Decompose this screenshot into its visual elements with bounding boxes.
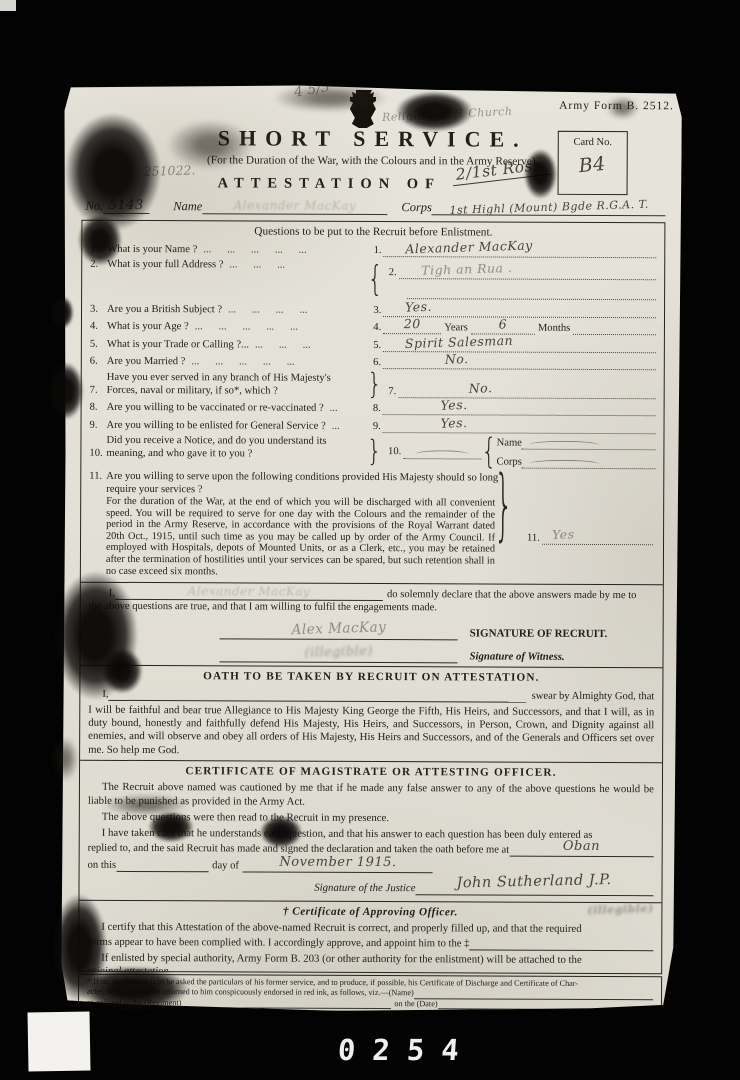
oath-day-line xyxy=(116,857,208,872)
question-3: 3.Are you a British Subject ?... ... ...… xyxy=(90,300,656,317)
document-paper: Army Form B. 2512. 4 5/3 Religion W. F. … xyxy=(60,83,682,1013)
recruit-signature-label: SIGNATURE OF RECRUIT. xyxy=(458,628,655,642)
answer-2: Tigh an Rua . xyxy=(421,261,513,277)
recruit-signature-row: Alex MacKay SIGNATURE OF RECRUIT. xyxy=(89,622,655,641)
answer-line: Yes. xyxy=(383,400,656,416)
answer-5: Spirit Salesman xyxy=(405,333,514,349)
justice-signature: John Sutherland J.P. xyxy=(457,874,612,890)
brace-glyph: } xyxy=(367,444,382,460)
age-years-line: 20 xyxy=(383,319,441,334)
declaration-section: I, Alexander MacKay do solemnly declare … xyxy=(80,583,662,669)
card-number-box: Card No. B4 xyxy=(558,131,628,195)
answer-3: Yes. xyxy=(405,299,432,313)
answer-11: Yes xyxy=(552,527,575,541)
question-5: 5.What is your Trade or Calling ?...... … xyxy=(90,335,656,352)
scanned-page: Army Form B. 2512. 4 5/3 Religion W. F. … xyxy=(0,0,740,1080)
answer-1: Alexander MacKay xyxy=(405,238,533,255)
notice-name-line xyxy=(522,435,656,451)
justice-signature-line: John Sutherland J.P. xyxy=(415,878,653,897)
scan-artifact xyxy=(0,0,16,11)
name-label: Name xyxy=(173,199,202,214)
question-10: 10. Did you receive a Notice, and do you… xyxy=(89,434,655,469)
name-field: Alexander MacKay xyxy=(202,197,387,215)
pen-stroke xyxy=(415,450,469,458)
card-number-value: B4 xyxy=(578,153,607,178)
oath-heading: OATH TO BE TAKEN BY RECRUIT ON ATTESTATI… xyxy=(88,670,654,685)
oath-date-line: November 1915. xyxy=(243,858,433,874)
pen-note: (illegible) xyxy=(587,902,654,917)
notice-corps-line xyxy=(522,454,656,470)
answer-line: Alexander MacKay xyxy=(384,242,657,258)
approving-section: † Certificate of Approving Officer. (ill… xyxy=(79,901,662,975)
oath-body: I will be faithful and bear true Allegia… xyxy=(88,703,654,759)
pen-stroke xyxy=(530,441,600,449)
declaration-name-line: Alexander MacKay xyxy=(115,585,383,601)
scan-frame-counter: 0254 xyxy=(337,1033,477,1067)
question-4: 4.What is your Age ?... ... ... ... ... … xyxy=(90,318,656,335)
approving-heading: † Certificate of Approving Officer. (ill… xyxy=(87,905,653,920)
question-11: 11.Are you willing to serve upon the fol… xyxy=(89,470,655,582)
footnote-box: * If so, the Recruit is to be asked the … xyxy=(78,974,662,1013)
card-number-label: Card No. xyxy=(559,137,627,148)
recruit-signature-line: Alex MacKay xyxy=(220,622,458,640)
question-2: 2.What is your full Address ?... ... ...… xyxy=(90,258,656,300)
corps-appointment-line xyxy=(469,936,653,952)
corps-label: Corps xyxy=(401,200,432,215)
witness-signature-row: (illegible) Signature of Witness. xyxy=(88,645,654,664)
justice-label: Signature of the Justice xyxy=(314,882,415,895)
answer-line: Yes. xyxy=(383,418,656,434)
name-value: Alexander MacKay xyxy=(234,198,357,213)
answer-9: Yes. xyxy=(441,415,468,429)
corps-value: 1st Highl (Mount) Bgde R.G.A. T. xyxy=(449,198,649,217)
pen-stroke xyxy=(530,460,600,468)
brace-glyph: { xyxy=(481,443,496,462)
witness-signature: (illegible) xyxy=(304,645,373,660)
brace-glyph: } xyxy=(367,377,382,393)
no-value: 5143 xyxy=(109,198,144,213)
answer-line: Yes xyxy=(542,530,653,545)
corps-field: 1st Highl (Mount) Bgde R.G.A. T. xyxy=(432,198,666,216)
oath-date: November 1915. xyxy=(279,856,396,870)
answer-7: No. xyxy=(468,381,492,395)
oath-place-line: Oban xyxy=(509,842,654,858)
no-label: No. xyxy=(85,199,103,214)
question-1: 1.What is your Name ?... ... ... ... ...… xyxy=(90,240,656,257)
question-9: 9.Are you willing to be enlisted for Gen… xyxy=(90,416,656,433)
answer-line: No. xyxy=(383,354,656,370)
brace-glyph: } xyxy=(494,489,513,523)
answer-6: No. xyxy=(445,352,469,366)
answer-line: No. xyxy=(398,383,656,399)
witness-signature-line: (illegible) xyxy=(219,645,457,663)
questions-section: Questions to be put to the Recruit befor… xyxy=(81,221,665,586)
oath-place: Oban xyxy=(563,840,600,853)
answer-line: Spirit Salesman xyxy=(383,337,656,353)
form-body: Questions to be put to the Recruit befor… xyxy=(78,220,665,975)
scan-corner-patch xyxy=(27,1011,90,1071)
question-8: 8.Are you willing to be vaccinated or re… xyxy=(90,399,656,416)
answer-8: Yes. xyxy=(441,398,468,412)
magistrate-section: CERTIFICATE OF MAGISTRATE OR ATTESTING O… xyxy=(79,761,662,903)
no-field: 5143 xyxy=(103,197,149,214)
recruit-signature: Alex MacKay xyxy=(291,622,386,638)
answer-line: Tigh an Rua . xyxy=(399,264,657,280)
questions-heading: Questions to be put to the Recruit befor… xyxy=(90,225,656,240)
notice-answer-line xyxy=(403,444,481,459)
pen-note-religion: Religion W. F. Church xyxy=(382,100,612,124)
question-7: 7. Have you ever served in any branch of… xyxy=(90,370,656,398)
number-name-corps-row: No. 5143 Name Alexander MacKay Corps 1st… xyxy=(85,197,665,217)
oath-section: OATH TO BE TAKEN BY RECRUIT ON ATTESTATI… xyxy=(80,666,662,764)
answer-line-2 xyxy=(407,284,656,300)
pencil-annotation-top: 4 5/3 xyxy=(293,79,331,101)
magistrate-heading: CERTIFICATE OF MAGISTRATE OR ATTESTING O… xyxy=(88,765,654,780)
answer-line: Yes. xyxy=(383,302,656,318)
oath-name-line xyxy=(109,686,527,703)
brace-glyph: { xyxy=(367,270,382,289)
witness-signature-label: Signature of Witness. xyxy=(457,651,654,665)
